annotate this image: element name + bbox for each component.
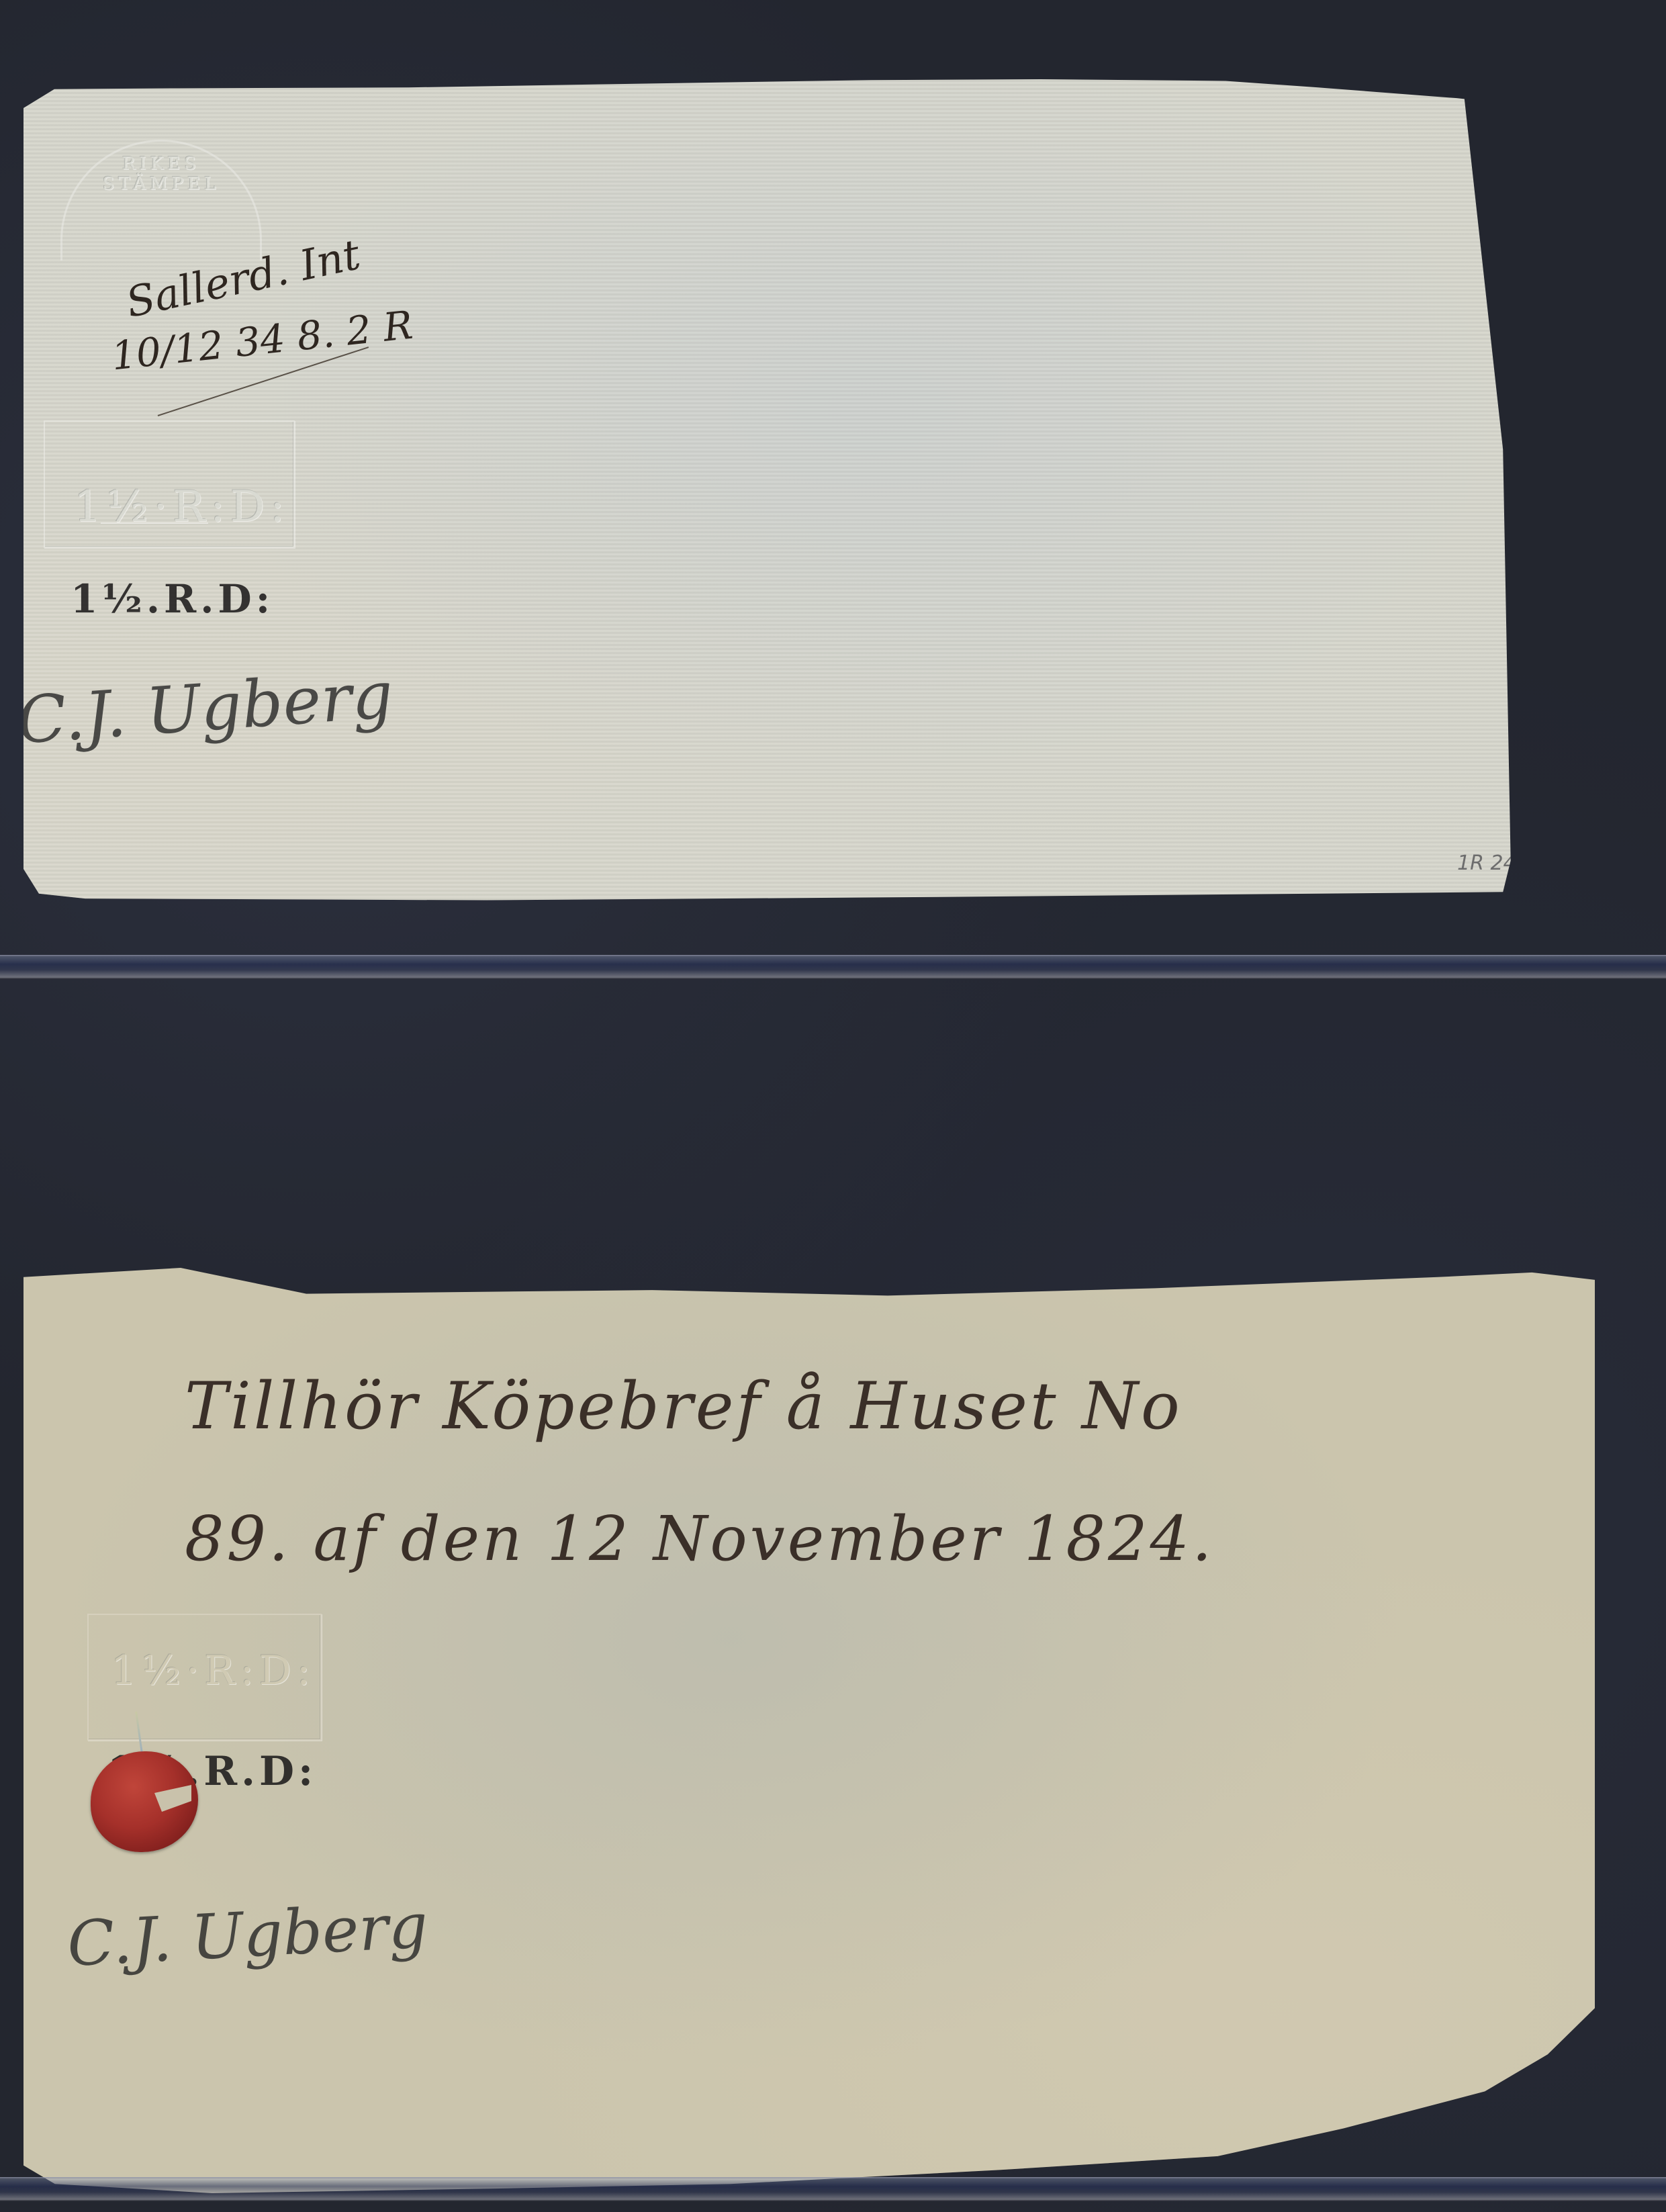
embossed-value-upper: 1½·R:D: [74,482,290,532]
top-mount-strip [0,955,1666,979]
bottom-mount-strip [0,2177,1666,2201]
embossed-value-lower: 1½·R:D: [111,1647,316,1694]
embossed-seal-upper: RIKES STÄMPEL [60,140,262,261]
printed-value-stamp-upper: 1½.R.D: [71,576,274,622]
lower-document: Tillhör Köpebref å Huset No 89. af den 1… [24,1268,1595,2193]
upper-document: RIKES STÄMPEL Sallerd. Int 10/12 34 8. 2… [24,79,1565,902]
embossed-seal-text: RIKES STÄMPEL [103,154,220,194]
handwritten-line2: 89. af den 12 November 1824. [185,1503,1214,1575]
handwritten-line1: Tillhör Köpebref å Huset No [185,1369,1183,1444]
embossed-rule-upper [101,522,208,524]
signature-stamp-lower: C.J. Ugberg [66,1890,430,1980]
pencil-catalog-note: 1R 245 [1457,851,1529,875]
signature-stamp-upper: C.J. Ugberg [15,657,396,759]
